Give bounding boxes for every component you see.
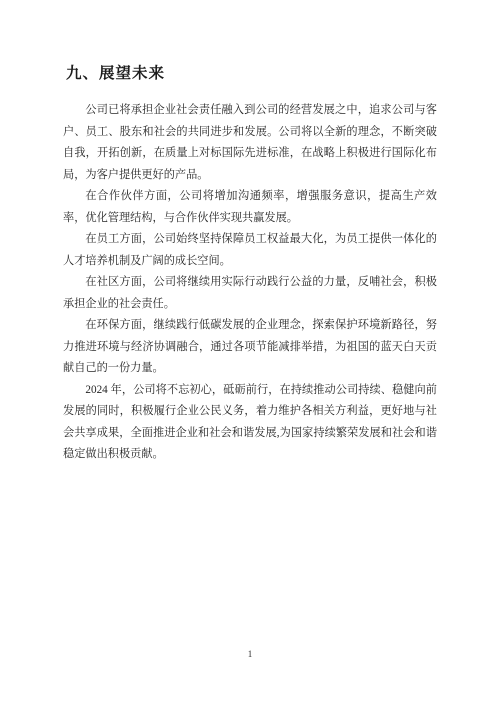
paragraph: 在社区方面，公司将继续用实际行动践行公益的力量，反哺社会，积极承担企业的社会责任… [63, 272, 437, 315]
paragraph: 在环保方面，继续践行低碳发展的企业理念，探索保护环境新路径，努力推进环境与经济协… [63, 315, 437, 380]
paragraph: 在合作伙伴方面，公司将增加沟通频率，增强服务意识，提高生产效率，优化管理结构，与… [63, 186, 437, 229]
document-page: 九、展望未来 公司已将承担企业社会责任融入到公司的经营发展之中，追求公司与客户、… [0, 0, 500, 707]
section-heading: 九、展望未来 [66, 61, 165, 83]
body-paragraphs: 公司已将承担企业社会责任融入到公司的经营发展之中，追求公司与客户、员工、股东和社… [63, 100, 437, 466]
paragraph: 公司已将承担企业社会责任融入到公司的经营发展之中，追求公司与客户、员工、股东和社… [63, 100, 437, 186]
page-number: 1 [0, 649, 500, 659]
paragraph: 在员工方面，公司始终坚持保障员工权益最大化，为员工提供一体化的人才培养机制及广阔… [63, 229, 437, 272]
paragraph: 2024 年，公司将不忘初心，砥砺前行，在持续推动公司持续、稳健向前发展的同时，… [63, 380, 437, 466]
